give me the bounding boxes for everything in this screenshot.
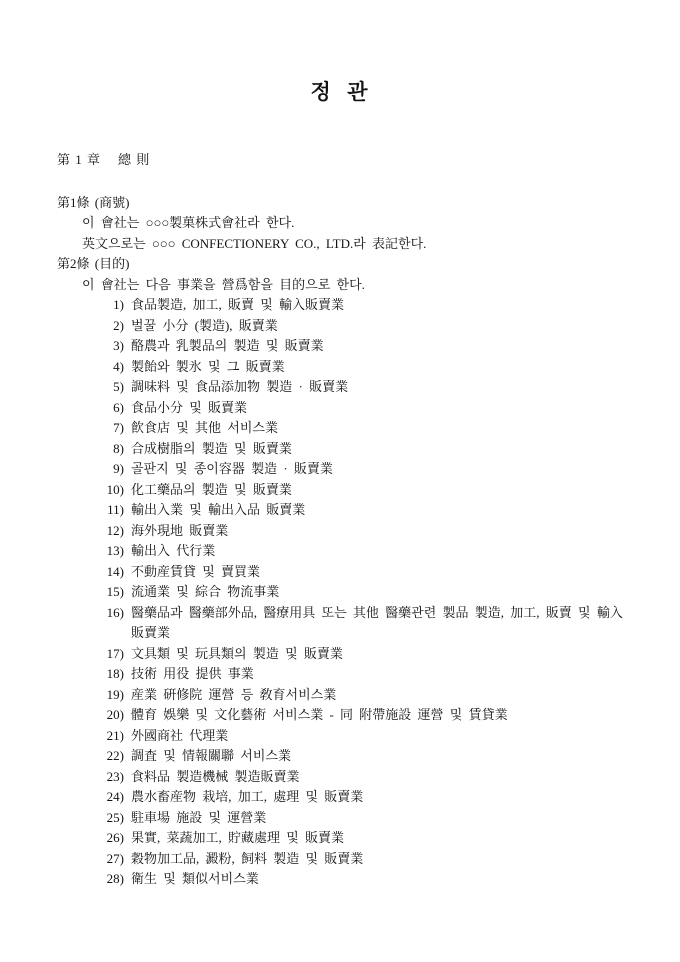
paragraph: 英文으로는 ○○○ CONFECTIONERY CO., LTD.라 表記한다. <box>0 234 680 255</box>
article-1-heading: 第1條 (商號) <box>0 193 680 214</box>
business-item: 18) 技術 用役 提供 事業 <box>98 664 634 685</box>
item-number: 16) <box>98 603 124 644</box>
item-number: 24) <box>98 787 124 808</box>
business-item: 13) 輸出入 代行業 <box>98 541 634 562</box>
article-2: 第2條 (目的) 이 會社는 다음 事業을 營爲함을 目的으로 한다. 1) 食… <box>0 254 680 890</box>
item-number: 1) <box>98 295 124 316</box>
business-item: 24) 農水畜産物 栽培, 加工, 處理 및 販賣業 <box>98 787 634 808</box>
item-text: 産業 硏修院 運營 등 敎育서비스業 <box>131 685 634 706</box>
item-number: 8) <box>98 439 124 460</box>
item-number: 7) <box>98 418 124 439</box>
item-text: 酪農과 乳製品의 製造 및 販賣業 <box>131 336 634 357</box>
item-text: 穀物加工品, 澱粉, 飼料 製造 및 販賣業 <box>131 849 634 870</box>
business-item: 14) 不動産賃貸 및 賣買業 <box>98 562 634 583</box>
business-item: 9) 골판지 및 종이容器 製造 · 販賣業 <box>98 459 634 480</box>
item-text: 海外現地 販賣業 <box>131 521 634 542</box>
business-item: 21) 外國商社 代理業 <box>98 726 634 747</box>
item-number: 27) <box>98 849 124 870</box>
item-text: 輸出入業 및 輸出入品 販賣業 <box>131 500 634 521</box>
business-item: 28) 衛生 및 類似서비스業 <box>98 869 634 890</box>
chapter-heading: 第 1 章 總 則 <box>0 150 680 171</box>
item-text: 果實, 菜蔬加工, 貯藏處理 및 販賣業 <box>131 828 634 849</box>
business-item: 7) 飮食店 및 其他 서비스業 <box>98 418 634 439</box>
item-text: 外國商社 代理業 <box>131 726 634 747</box>
business-item: 1) 食品製造, 加工, 販賣 및 輸入販賣業 <box>98 295 634 316</box>
item-text: 化工藥品의 製造 및 販賣業 <box>131 480 634 501</box>
paragraph: 이 會社는 ○○○製菓株式會社라 한다. <box>0 213 680 234</box>
article-1-paragraphs: 이 會社는 ○○○製菓株式會社라 한다. 英文으로는 ○○○ CONFECTIO… <box>0 213 680 254</box>
article-2-heading: 第2條 (目的) <box>0 254 680 275</box>
article-2-paragraphs: 이 會社는 다음 事業을 營爲함을 目的으로 한다. <box>0 275 680 296</box>
business-items-list: 1) 食品製造, 加工, 販賣 및 輸入販賣業 2) 벌꿀 小分 (製造), 販… <box>0 295 680 890</box>
business-item: 15) 流通業 및 綜合 物流事業 <box>98 582 634 603</box>
item-number: 11) <box>98 500 124 521</box>
item-text: 合成樹脂의 製造 및 販賣業 <box>131 439 634 460</box>
item-number: 25) <box>98 808 124 829</box>
item-number: 4) <box>98 357 124 378</box>
item-text: 不動産賃貸 및 賣買業 <box>131 562 634 583</box>
item-text: 食料品 製造機械 製造販賣業 <box>131 767 634 788</box>
item-number: 21) <box>98 726 124 747</box>
item-number: 28) <box>98 869 124 890</box>
item-number: 6) <box>98 398 124 419</box>
business-item: 12) 海外現地 販賣業 <box>98 521 634 542</box>
business-item: 11) 輸出入業 및 輸出入品 販賣業 <box>98 500 634 521</box>
business-item: 3) 酪農과 乳製品의 製造 및 販賣業 <box>98 336 634 357</box>
item-text: 食品小分 및 販賣業 <box>131 398 634 419</box>
item-number: 3) <box>98 336 124 357</box>
item-number: 18) <box>98 664 124 685</box>
business-item: 20) 體育 娛樂 및 文化藝術 서비스業 - 同 附帶施設 運營 및 賃貸業 <box>98 705 634 726</box>
item-text: 衛生 및 類似서비스業 <box>131 869 634 890</box>
article-1: 第1條 (商號) 이 會社는 ○○○製菓株式會社라 한다. 英文으로는 ○○○ … <box>0 193 680 255</box>
item-number: 12) <box>98 521 124 542</box>
item-text: 輸出入 代行業 <box>131 541 634 562</box>
business-item: 5) 調味料 및 食品添加物 製造 · 販賣業 <box>98 377 634 398</box>
business-item: 19) 産業 硏修院 運營 등 敎育서비스業 <box>98 685 634 706</box>
business-item: 2) 벌꿀 小分 (製造), 販賣業 <box>98 316 634 337</box>
item-number: 22) <box>98 746 124 767</box>
item-text: 流通業 및 綜合 物流事業 <box>131 582 634 603</box>
business-item: 27) 穀物加工品, 澱粉, 飼料 製造 및 販賣業 <box>98 849 634 870</box>
item-text: 벌꿀 小分 (製造), 販賣業 <box>131 316 634 337</box>
item-number: 10) <box>98 480 124 501</box>
business-item: 16) 醫藥品과 醫藥部外品, 醫療用具 또는 其他 醫藥관련 製品 製造, 加… <box>98 603 634 644</box>
item-number: 15) <box>98 582 124 603</box>
item-text: 골판지 및 종이容器 製造 · 販賣業 <box>131 459 634 480</box>
item-number: 2) <box>98 316 124 337</box>
business-item: 6) 食品小分 및 販賣業 <box>98 398 634 419</box>
paragraph: 이 會社는 다음 事業을 營爲함을 目的으로 한다. <box>0 275 680 296</box>
item-number: 20) <box>98 705 124 726</box>
item-text: 駐車場 施設 및 運營業 <box>131 808 634 829</box>
business-item: 10) 化工藥品의 製造 및 販賣業 <box>98 480 634 501</box>
item-text: 食品製造, 加工, 販賣 및 輸入販賣業 <box>131 295 634 316</box>
business-item: 22) 調査 및 情報關聯 서비스業 <box>98 746 634 767</box>
document-page: 정 관 第 1 章 總 則 第1條 (商號) 이 會社는 ○○○製菓株式會社라 … <box>0 0 680 962</box>
item-number: 19) <box>98 685 124 706</box>
business-item: 25) 駐車場 施設 및 運營業 <box>98 808 634 829</box>
item-text: 調味料 및 食品添加物 製造 · 販賣業 <box>131 377 634 398</box>
item-number: 9) <box>98 459 124 480</box>
item-number: 23) <box>98 767 124 788</box>
item-text: 技術 用役 提供 事業 <box>131 664 634 685</box>
item-text: 文具類 및 玩具類의 製造 및 販賣業 <box>131 644 634 665</box>
item-text: 體育 娛樂 및 文化藝術 서비스業 - 同 附帶施設 運營 및 賃貸業 <box>131 705 634 726</box>
item-number: 13) <box>98 541 124 562</box>
business-item: 23) 食料品 製造機械 製造販賣業 <box>98 767 634 788</box>
item-text: 醫藥品과 醫藥部外品, 醫療用具 또는 其他 醫藥관련 製品 製造, 加工, 販… <box>131 603 634 644</box>
item-text: 調査 및 情報關聯 서비스業 <box>131 746 634 767</box>
item-number: 26) <box>98 828 124 849</box>
document-title: 정 관 <box>0 0 680 104</box>
business-item: 26) 果實, 菜蔬加工, 貯藏處理 및 販賣業 <box>98 828 634 849</box>
item-text: 農水畜産物 栽培, 加工, 處理 및 販賣業 <box>131 787 634 808</box>
item-text: 製飴와 製氷 및 그 販賣業 <box>131 357 634 378</box>
item-number: 14) <box>98 562 124 583</box>
item-text: 飮食店 및 其他 서비스業 <box>131 418 634 439</box>
item-number: 17) <box>98 644 124 665</box>
business-item: 17) 文具類 및 玩具類의 製造 및 販賣業 <box>98 644 634 665</box>
item-number: 5) <box>98 377 124 398</box>
business-item: 4) 製飴와 製氷 및 그 販賣業 <box>98 357 634 378</box>
business-item: 8) 合成樹脂의 製造 및 販賣業 <box>98 439 634 460</box>
